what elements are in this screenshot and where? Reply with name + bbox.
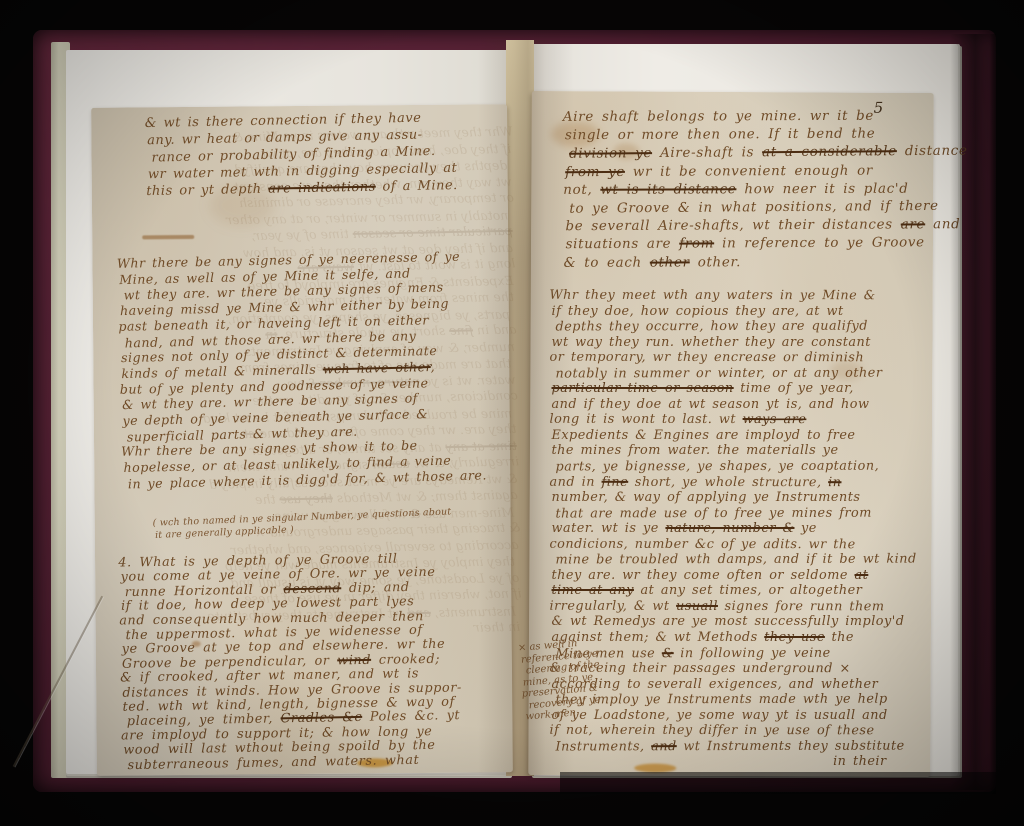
manuscript-line: & wt Remedys are ye most successfully im… <box>552 614 913 630</box>
manuscript-line: condicions, number &c of ye adits. wr th… <box>549 536 910 552</box>
manuscript-line: or temporary, wr they encrease or dimini… <box>549 350 910 366</box>
manuscript-line: time at any at any set times, or altoget… <box>552 583 913 599</box>
left-paragraph-4: 4. What is ye depth of ye Groove tillyou… <box>120 551 463 772</box>
manuscript-line: water. wt is ye nature, number & ye <box>552 521 913 537</box>
manuscript-line: if they doe, how copious they are, at wt <box>552 304 913 320</box>
manuscript-line: long it is wont to last. wt ways are <box>549 412 910 428</box>
manuscript-line: mine be troubled wth damps, and if it be… <box>555 552 916 568</box>
manuscript-line: not, wt is its distance how neer it is p… <box>563 180 962 200</box>
manuscript-line: to ye Groove & in what positions, and if… <box>569 198 968 219</box>
manuscript-line: Aire shaft belongs to ye mine. wr it be <box>563 107 962 127</box>
manuscript-line: that are made use of to free ye mines fr… <box>555 505 916 521</box>
manuscript-line: parts, ye bignesse, ye shapes, ye coapta… <box>555 459 916 475</box>
left-manuscript-leaf: Whr they meet wth any waters in ye Mine … <box>91 104 513 776</box>
manuscript-line: depths they occurre, how they are qualif… <box>555 319 916 335</box>
left-paragraph-1: & wt is there connection if they haveany… <box>147 109 460 201</box>
manuscript-line: from ye wr it be convenient enough or <box>565 162 964 182</box>
manuscript-line: Whr they meet wth any waters in ye Mine … <box>549 288 910 304</box>
manuscript-line: & to each other other. <box>564 253 963 273</box>
manuscript-line: in their <box>552 754 913 770</box>
manuscript-line: the mines from water. the materialls ye <box>552 443 913 459</box>
manuscript-line: Instruments, and wt Instruments they sub… <box>555 738 916 754</box>
manuscript-line: notably in summer or winter, or at any o… <box>555 365 916 381</box>
right-paragraph-1: Aire shaft belongs to ye mine. wr it bes… <box>565 107 964 273</box>
ink-smudge <box>142 235 194 239</box>
manuscript-line: particular time or season time of ye yea… <box>552 381 913 397</box>
right-manuscript-leaf: 5 Aire shaft belongs to ye mine. wr it b… <box>528 91 934 777</box>
manuscript-line: division ye Aire-shaft is at a considera… <box>569 143 968 164</box>
manuscript-photo: Whr they meet wth any waters in ye Mine … <box>0 0 1024 826</box>
manuscript-line: be severall Aire-shafts, wt their distan… <box>565 216 964 236</box>
manuscript-line: and if they doe at wt season yt is, and … <box>552 397 913 413</box>
manuscript-line: Expedients & Engines are imployd to free <box>552 428 913 444</box>
left-paragraph-2: Whr there be any signes of ye neerenesse… <box>119 248 483 492</box>
manuscript-line: situations are from in reference to ye G… <box>566 235 965 255</box>
manuscript-line: they are. wr they come often or seldome … <box>552 568 913 584</box>
margin-insertion-note: × as well inreference to yecleering of t… <box>520 636 612 723</box>
manuscript-line: wt way they run. whether they are consta… <box>552 335 913 351</box>
manuscript-line: irregularly, & wt usuall signes fore run… <box>549 599 910 615</box>
manuscript-line: and in fine short, ye whole structure, i… <box>549 474 910 490</box>
manuscript-line: if not, wherein they differ in ye use of… <box>549 723 910 739</box>
manuscript-line: number, & way of applying ye Instruments <box>552 490 913 506</box>
